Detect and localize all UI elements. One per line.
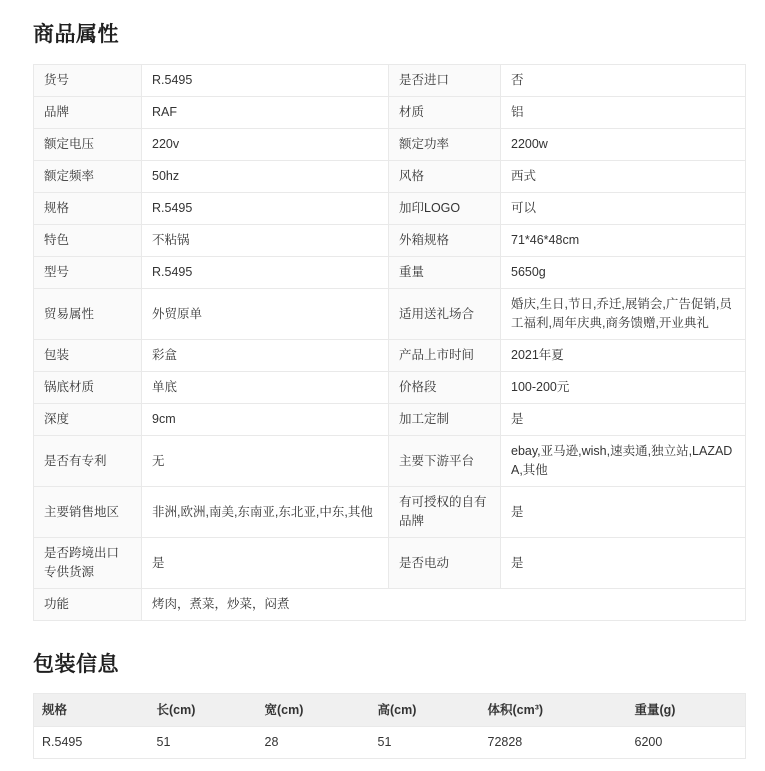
attribute-value: 100-200元 (501, 372, 746, 404)
attribute-value: 彩盒 (142, 340, 389, 372)
packaging-cell: 28 (257, 727, 370, 759)
attribute-label: 外箱规格 (389, 225, 501, 257)
table-row: 规格R.5495加印LOGO可以 (34, 193, 746, 225)
table-row: 货号R.5495是否进口否 (34, 65, 746, 97)
product-detail-page: 商品属性 货号R.5495是否进口否品牌RAF材质铝额定电压220v额定功率22… (0, 0, 765, 759)
attribute-label: 加印LOGO (389, 193, 501, 225)
table-row: 主要销售地区非洲,欧洲,南美,东南亚,东北亚,中东,其他有可授权的自有品牌是 (34, 487, 746, 538)
attribute-value: 非洲,欧洲,南美,东南亚,东北亚,中东,其他 (142, 487, 389, 538)
packaging-column-header: 重量(g) (627, 694, 746, 727)
packaging-cell: 72828 (480, 727, 627, 759)
table-row: 额定频率50hz风格西式 (34, 161, 746, 193)
attribute-value: 是 (501, 487, 746, 538)
attribute-label: 材质 (389, 97, 501, 129)
table-row: 额定电压220v额定功率2200w (34, 129, 746, 161)
table-row: 功能烤肉，煮菜，炒菜，闷煮 (34, 589, 746, 621)
packaging-cell: 51 (149, 727, 257, 759)
attribute-value: 否 (501, 65, 746, 97)
packaging-cell: 6200 (627, 727, 746, 759)
table-row: 包装彩盒产品上市时间2021年夏 (34, 340, 746, 372)
attribute-label: 是否进口 (389, 65, 501, 97)
packaging-table-body: R.5495512851728286200 (34, 727, 746, 759)
table-row: 锅底材质单底价格段100-200元 (34, 372, 746, 404)
attribute-label: 锅底材质 (34, 372, 142, 404)
table-row: 品牌RAF材质铝 (34, 97, 746, 129)
attribute-value: 是 (501, 404, 746, 436)
table-row: 是否有专利无主要下游平台ebay,亚马逊,wish,速卖通,独立站,LAZADA… (34, 436, 746, 487)
attribute-value: 50hz (142, 161, 389, 193)
attribute-value: 2021年夏 (501, 340, 746, 372)
table-row: 是否跨境出口专供货源是是否电动是 (34, 538, 746, 589)
attribute-label: 额定功率 (389, 129, 501, 161)
attribute-value: 220v (142, 129, 389, 161)
attribute-label: 是否电动 (389, 538, 501, 589)
table-row: 贸易属性外贸原单适用送礼场合婚庆,生日,节日,乔迁,展销会,广告促销,员工福利,… (34, 289, 746, 340)
attribute-value: 是 (501, 538, 746, 589)
packaging-column-header: 宽(cm) (257, 694, 370, 727)
attribute-label: 是否有专利 (34, 436, 142, 487)
attribute-label: 主要下游平台 (389, 436, 501, 487)
attribute-label: 产品上市时间 (389, 340, 501, 372)
packaging-column-header: 长(cm) (149, 694, 257, 727)
packaging-table: 规格长(cm)宽(cm)高(cm)体积(cm³)重量(g) R.54955128… (33, 693, 746, 759)
attributes-section-title: 商品属性 (33, 22, 745, 47)
attribute-value: 2200w (501, 129, 746, 161)
attribute-label: 额定频率 (34, 161, 142, 193)
attribute-value: 铝 (501, 97, 746, 129)
attribute-label: 功能 (34, 589, 142, 621)
packaging-header-row: 规格长(cm)宽(cm)高(cm)体积(cm³)重量(g) (34, 694, 746, 727)
attribute-label: 主要销售地区 (34, 487, 142, 538)
attribute-value: ebay,亚马逊,wish,速卖通,独立站,LAZADA,其他 (501, 436, 746, 487)
attribute-label: 贸易属性 (34, 289, 142, 340)
attribute-value: 烤肉，煮菜，炒菜，闷煮 (142, 589, 746, 621)
attribute-value: R.5495 (142, 193, 389, 225)
packaging-column-header: 高(cm) (370, 694, 480, 727)
attribute-label: 深度 (34, 404, 142, 436)
table-row: R.5495512851728286200 (34, 727, 746, 759)
table-row: 型号R.5495重量5650g (34, 257, 746, 289)
attribute-value: R.5495 (142, 257, 389, 289)
attribute-label: 适用送礼场合 (389, 289, 501, 340)
attribute-value: 5650g (501, 257, 746, 289)
attribute-value: 不粘锅 (142, 225, 389, 257)
attribute-value: RAF (142, 97, 389, 129)
attribute-label: 品牌 (34, 97, 142, 129)
attribute-value: 外贸原单 (142, 289, 389, 340)
packaging-section-title: 包装信息 (33, 652, 745, 677)
attribute-label: 型号 (34, 257, 142, 289)
attribute-label: 特色 (34, 225, 142, 257)
attribute-value: 是 (142, 538, 389, 589)
attribute-value: 71*46*48cm (501, 225, 746, 257)
attribute-value: R.5495 (142, 65, 389, 97)
attribute-label: 货号 (34, 65, 142, 97)
attribute-label: 有可授权的自有品牌 (389, 487, 501, 538)
attribute-label: 风格 (389, 161, 501, 193)
attribute-value: 西式 (501, 161, 746, 193)
attribute-label: 包装 (34, 340, 142, 372)
packaging-column-header: 体积(cm³) (480, 694, 627, 727)
attribute-value: 9cm (142, 404, 389, 436)
table-row: 深度9cm加工定制是 (34, 404, 746, 436)
attribute-label: 重量 (389, 257, 501, 289)
packaging-cell: R.5495 (34, 727, 149, 759)
packaging-table-head: 规格长(cm)宽(cm)高(cm)体积(cm³)重量(g) (34, 694, 746, 727)
attribute-value: 单底 (142, 372, 389, 404)
attribute-label: 价格段 (389, 372, 501, 404)
attributes-table: 货号R.5495是否进口否品牌RAF材质铝额定电压220v额定功率2200w额定… (33, 64, 746, 621)
attribute-value: 可以 (501, 193, 746, 225)
packaging-cell: 51 (370, 727, 480, 759)
attribute-value: 无 (142, 436, 389, 487)
attribute-label: 加工定制 (389, 404, 501, 436)
attribute-value: 婚庆,生日,节日,乔迁,展销会,广告促销,员工福利,周年庆典,商务馈赠,开业典礼 (501, 289, 746, 340)
attribute-label: 规格 (34, 193, 142, 225)
attribute-label: 额定电压 (34, 129, 142, 161)
attribute-label: 是否跨境出口专供货源 (34, 538, 142, 589)
packaging-column-header: 规格 (34, 694, 149, 727)
attributes-table-body: 货号R.5495是否进口否品牌RAF材质铝额定电压220v额定功率2200w额定… (34, 65, 746, 621)
table-row: 特色不粘锅外箱规格71*46*48cm (34, 225, 746, 257)
